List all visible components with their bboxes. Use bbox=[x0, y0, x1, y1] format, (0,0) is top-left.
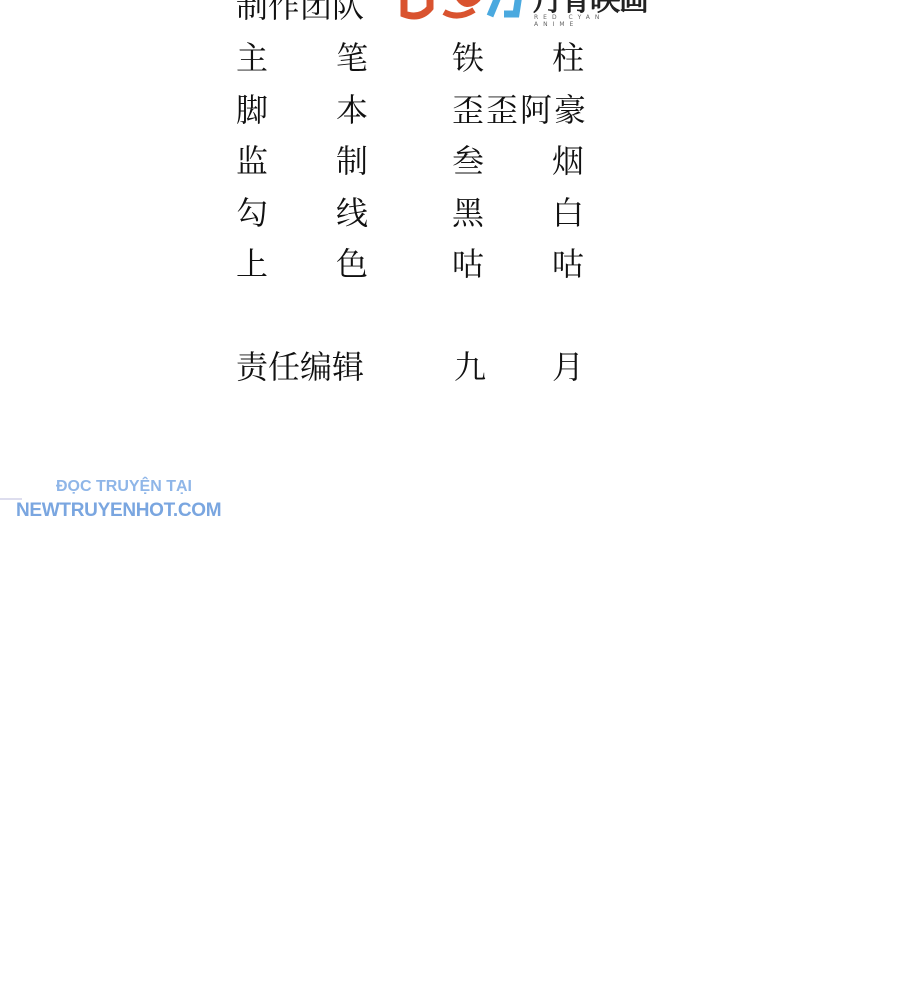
name-char: 叁 bbox=[452, 141, 484, 181]
studio-logo: 丹青映画 RED CYAN ANIME bbox=[400, 0, 650, 24]
role-char: 笔 bbox=[336, 38, 368, 78]
name-char: 咕 bbox=[552, 244, 584, 284]
role-char: 脚 bbox=[236, 90, 268, 130]
watermark-line1: ĐỌC TRUYỆN TẠI bbox=[56, 478, 192, 496]
role-char: 勾 bbox=[236, 193, 268, 233]
name-char: 咕 bbox=[452, 244, 484, 284]
watermark-line2: NEWTRUYENHOT.COM bbox=[16, 500, 221, 522]
role-char: 监 bbox=[236, 141, 268, 181]
role-char: 本 bbox=[336, 90, 368, 130]
name-char: 烟 bbox=[552, 141, 584, 181]
team-label-text: 制作团队 bbox=[236, 0, 364, 26]
name-char: 铁 bbox=[452, 38, 484, 78]
name-char: 柱 bbox=[552, 38, 584, 78]
logo-mark-icon bbox=[400, 0, 528, 20]
name-char: 白 bbox=[552, 193, 584, 233]
role-char: 主 bbox=[236, 38, 268, 78]
name-text: 歪歪阿豪 bbox=[452, 90, 588, 130]
name-char: 月 bbox=[552, 347, 584, 387]
name-char: 九 bbox=[454, 347, 486, 387]
logo-name-en: RED CYAN ANIME bbox=[534, 14, 650, 28]
role-char: 色 bbox=[336, 244, 368, 284]
role-char: 上 bbox=[236, 244, 268, 284]
role-char: 制 bbox=[336, 141, 368, 181]
editor-role: 责任编辑 bbox=[236, 347, 364, 387]
name-char: 黑 bbox=[452, 193, 484, 233]
role-char: 线 bbox=[336, 193, 368, 233]
